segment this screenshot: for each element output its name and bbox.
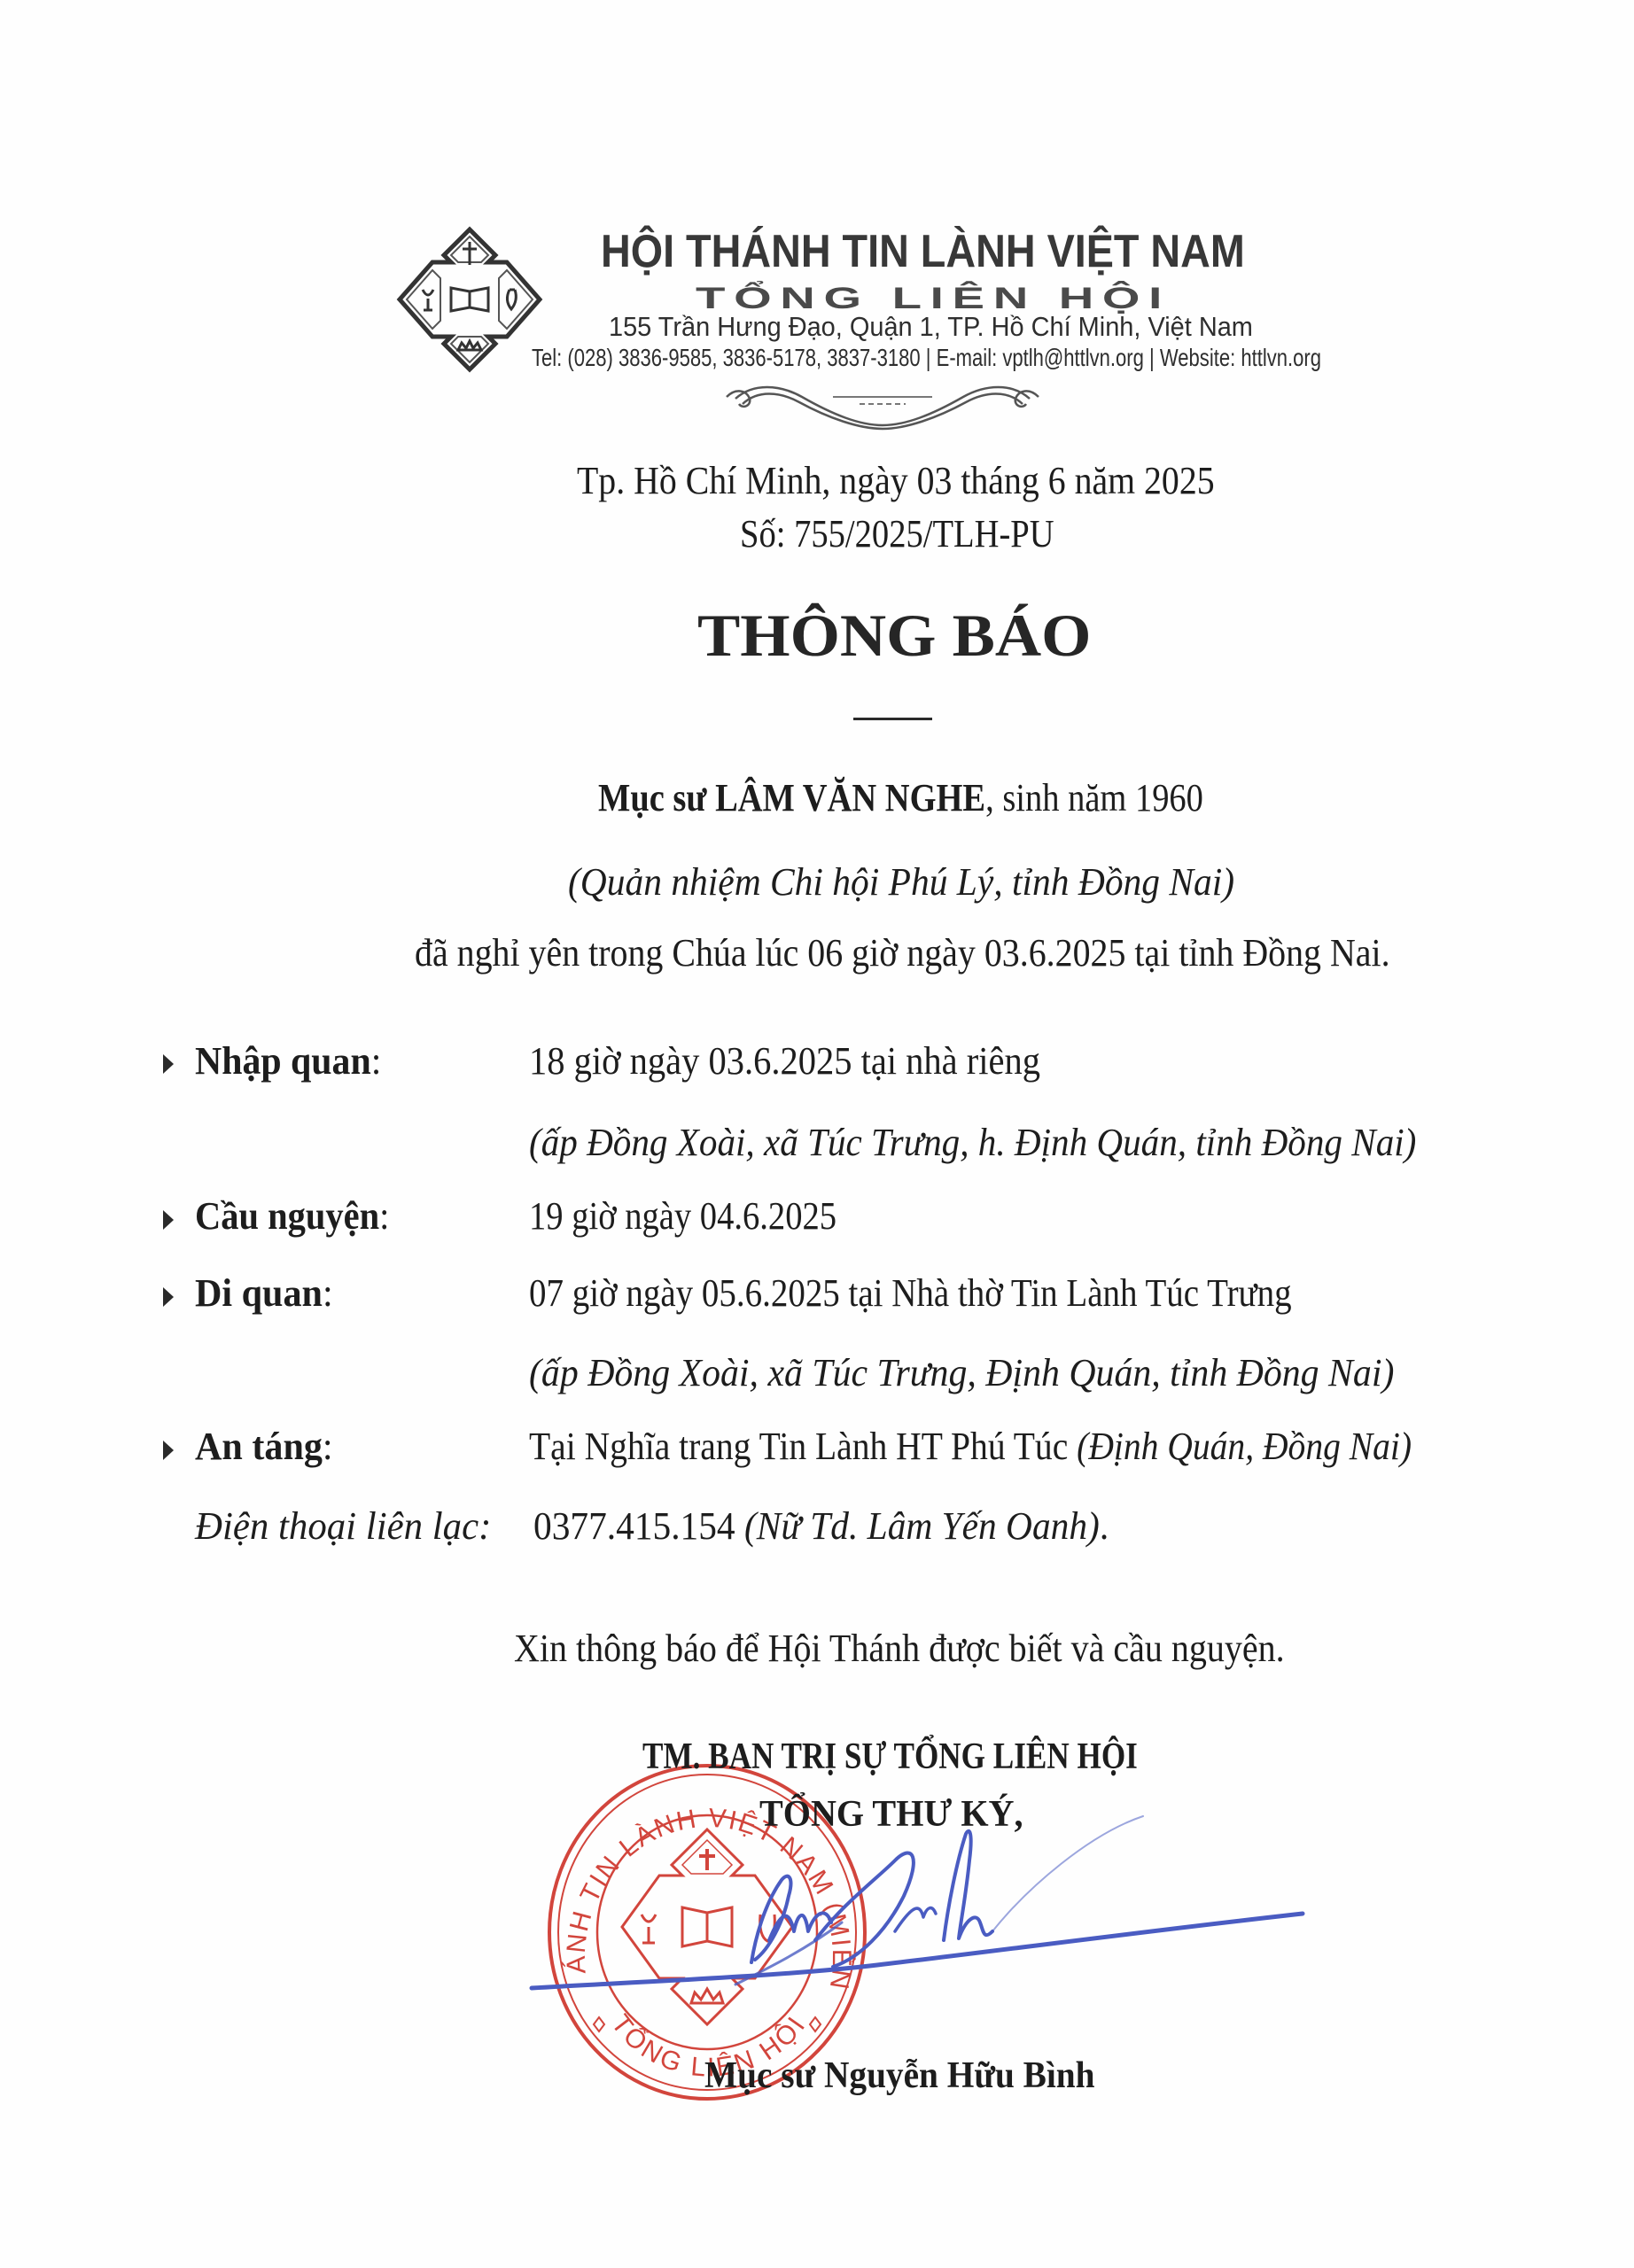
schedule-value-encoffin: 18 giờ ngày 03.6.2025 tại nhà riêng [529,1042,1040,1081]
church-cross-emblem-icon [396,226,543,373]
schedule-value-procession: 07 giờ ngày 05.6.2025 tại Nhà thờ Tin Là… [529,1274,1292,1313]
closing-statement: Xin thông báo để Hội Thánh được biết và … [514,1629,1285,1668]
triangle-bullet-icon [163,1441,174,1460]
contact-value: 0377.415.154 (Nữ Td. Lâm Yến Oanh). [533,1507,1109,1546]
deceased-role: (Quản nhiệm Chi hội Phú Lý, tỉnh Đồng Na… [568,863,1234,902]
letterhead-address: 155 Trần Hưng Đạo, Quận 1, TP. Hồ Chí Mi… [609,313,1253,340]
signer-name: Mục sư Nguyễn Hữu Bình [704,2057,1095,2094]
title-divider [853,718,932,720]
schedule-label-encoffin: Nhập quan: [195,1042,381,1081]
schedule-detail-encoffin: (ấp Đồng Xoài, xã Túc Trưng, h. Định Quá… [529,1123,1416,1162]
triangle-bullet-icon [163,1054,174,1074]
deceased-birth-year: , sinh năm 1960 [985,776,1203,819]
schedule-label-procession: Di quan: [195,1274,333,1313]
scroll-ornament-icon [718,379,1047,434]
schedule-label-prayer: Cầu nguyện: [195,1197,389,1236]
passing-statement: đã nghỉ yên trong Chúa lúc 06 giờ ngày 0… [415,934,1390,973]
document-number: Số: 755/2025/TLH-PU [740,515,1054,554]
schedule-detail-procession: (ấp Đồng Xoài, xã Túc Trưng, Định Quán, … [529,1354,1394,1393]
contact-label: Điện thoại liên lạc: [195,1507,491,1546]
division-name: TỔNG LIÊN HỘI [696,283,1171,314]
document-page: HỘI THÁNH TIN LÀNH VIỆT NAM TỔNG LIÊN HỘ… [0,0,1634,2268]
organization-name: HỘI THÁNH TIN LÀNH VIỆT NAM [601,229,1245,275]
letterhead-contact: Tel: (028) 3836-9585, 3836-5178, 3837-31… [532,346,1321,370]
triangle-bullet-icon [163,1210,174,1230]
deceased-name: Mục sư LÂM VĂN NGHE [598,776,985,819]
on-behalf-of: TM. BAN TRỊ SỰ TỔNG LIÊN HỘI [642,1738,1138,1775]
handwritten-signature [523,1807,1320,2011]
schedule-label-burial: An táng: [195,1427,333,1466]
triangle-bullet-icon [163,1287,174,1307]
schedule-value-prayer: 19 giờ ngày 04.6.2025 [529,1197,836,1236]
schedule-value-burial: Tại Nghĩa trang Tin Lành HT Phú Túc (Địn… [529,1427,1412,1466]
contact-phone: 0377.415.154 [533,1504,744,1548]
place-and-date: Tp. Hồ Chí Minh, ngày 03 tháng 6 năm 202… [577,462,1215,501]
document-title: THÔNG BÁO [697,605,1091,665]
deceased-line: Mục sư LÂM VĂN NGHE, sinh năm 1960 [598,779,1203,818]
contact-person: (Nữ Td. Lâm Yến Oanh) [744,1504,1100,1548]
